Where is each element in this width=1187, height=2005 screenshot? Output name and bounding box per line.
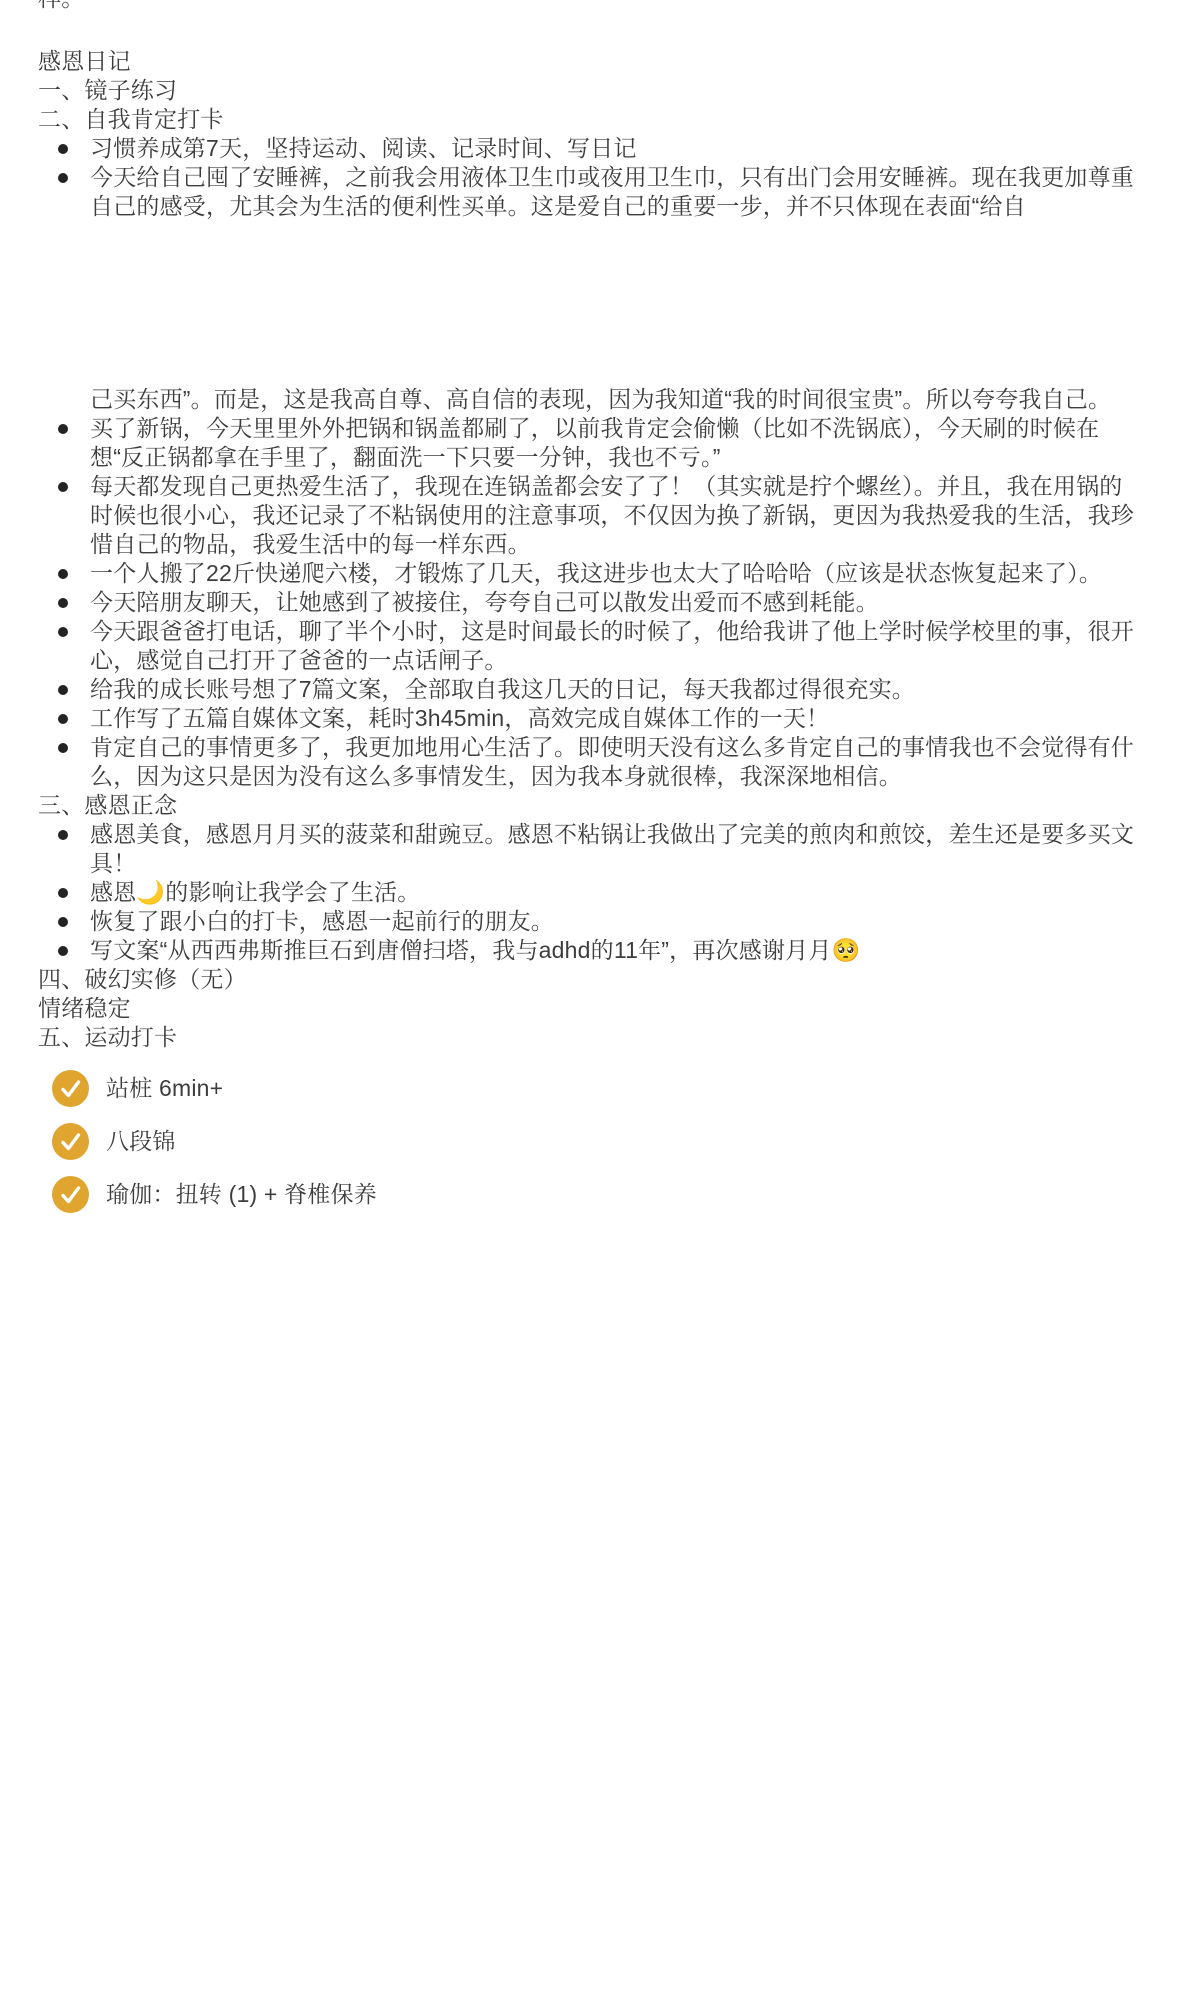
page-title: 感恩日记 [38, 47, 1145, 76]
bullet-icon [58, 685, 68, 695]
section-heading-gratitude: 三、感恩正念 [38, 791, 1145, 820]
bullet-icon [58, 714, 68, 724]
bullet-icon [58, 830, 68, 840]
list-item-text: 今天陪朋友聊天，让她感到了被接住，夸夸自己可以散发出爱而不感到耗能。 [90, 588, 1145, 617]
gratitude-list: 感恩美食，感恩月月买的菠菜和甜豌豆。感恩不粘锅让我做出了完美的煎肉和煎饺，差生还… [38, 820, 1145, 965]
bullet-icon [58, 946, 68, 956]
checked-checkbox-icon[interactable] [52, 1070, 89, 1107]
checklist-item-label: 瑜伽：扭转 (1) + 脊椎保养 [106, 1180, 377, 1209]
list-item-text: 习惯养成第7天，坚持运动、阅读、记录时间、写日记 [90, 134, 1145, 163]
list-item: 感恩美食，感恩月月买的菠菜和甜豌豆。感恩不粘锅让我做出了完美的煎肉和煎饺，差生还… [38, 820, 1145, 878]
list-item-text: 今天给自己囤了安睡裤，之前我会用液体卫生巾或夜用卫生巾，只有出门会用安睡裤。现在… [90, 163, 1145, 221]
list-item-text: 给我的成长账号想了7篇文案，全部取自我这几天的日记，每天我都过得很充实。 [90, 675, 1145, 704]
list-item: 感恩🌙的影响让我学会了生活。 [38, 878, 1145, 907]
section-heading-mirror-practice: 一、镜子练习 [38, 76, 1145, 105]
mood-note: 情绪稳定 [38, 994, 1145, 1023]
checklist-item-label: 八段锦 [106, 1127, 176, 1156]
list-item-text: 一个人搬了22斤快递爬六楼，才锻炼了几天，我这进步也太大了哈哈哈（应该是状态恢复… [90, 559, 1145, 588]
checklist-item: 站桩 6min+ [52, 1070, 1145, 1107]
bullet-icon [58, 917, 68, 927]
list-item: 工作写了五篇自媒体文案，耗时3h45min，高效完成自媒体工作的一天！ [38, 704, 1145, 733]
bullet-icon [58, 173, 68, 183]
list-item-text: 写文案“从西西弗斯推巨石到唐僧扫塔，我与adhd的11年”，再次感谢月月🥺 [90, 936, 1145, 965]
list-item-text: 工作写了五篇自媒体文案，耗时3h45min，高效完成自媒体工作的一天！ [90, 704, 1145, 733]
list-item: 今天给自己囤了安睡裤，之前我会用液体卫生巾或夜用卫生巾，只有出门会用安睡裤。现在… [38, 163, 1145, 414]
list-item: 习惯养成第7天，坚持运动、阅读、记录时间、写日记 [38, 134, 1145, 163]
list-item-text: 肯定自己的事情更多了，我更加地用心生活了。即使明天没有这么多肯定自己的事情我也不… [90, 733, 1145, 791]
list-item: 恢复了跟小白的打卡，感恩一起前行的朋友。 [38, 907, 1145, 936]
checklist-item: 八段锦 [52, 1123, 1145, 1160]
list-item: 给我的成长账号想了7篇文案，全部取自我这几天的日记，每天我都过得很充实。 [38, 675, 1145, 704]
affirmation-list: 习惯养成第7天，坚持运动、阅读、记录时间、写日记 今天给自己囤了安睡裤，之前我会… [38, 134, 1145, 791]
list-item: 一个人搬了22斤快递爬六楼，才锻炼了几天，我这进步也太大了哈哈哈（应该是状态恢复… [38, 559, 1145, 588]
checklist-item: 瑜伽：扭转 (1) + 脊椎保养 [52, 1176, 1145, 1213]
bullet-icon [58, 627, 68, 637]
list-item: 今天陪朋友聊天，让她感到了被接住，夸夸自己可以散发出爱而不感到耗能。 [38, 588, 1145, 617]
content-gap [90, 221, 1145, 385]
bullet-icon [58, 743, 68, 753]
note-document: 样。 感恩日记 一、镜子练习 二、自我肯定打卡 习惯养成第7天，坚持运动、阅读、… [0, 0, 1187, 1213]
checked-checkbox-icon[interactable] [52, 1176, 89, 1213]
list-item-text: 今天跟爸爸打电话，聊了半个小时，这是时间最长的时候了，他给我讲了他上学时候学校里… [90, 617, 1145, 675]
list-item-text: 买了新锅，今天里里外外把锅和锅盖都刷了，以前我肯定会偷懒（比如不洗锅底），今天刷… [90, 414, 1145, 472]
list-item-text: 感恩🌙的影响让我学会了生活。 [90, 878, 1145, 907]
list-item: 肯定自己的事情更多了，我更加地用心生活了。即使明天没有这么多肯定自己的事情我也不… [38, 733, 1145, 791]
list-item-text: 每天都发现自己更热爱生活了，我现在连锅盖都会安了了！（其实就是拧个螺丝）。并且，… [90, 472, 1145, 559]
list-item-text: 感恩美食，感恩月月买的菠菜和甜豌豆。感恩不粘锅让我做出了完美的煎肉和煎饺，差生还… [90, 820, 1145, 878]
section-heading-practice: 四、破幻实修（无） [38, 965, 1145, 994]
checklist-item-label: 站桩 6min+ [106, 1074, 223, 1103]
bullet-icon [58, 569, 68, 579]
bullet-icon [58, 144, 68, 154]
bullet-icon [58, 482, 68, 492]
list-item-text: 恢复了跟小白的打卡，感恩一起前行的朋友。 [90, 907, 1145, 936]
bullet-icon [58, 424, 68, 434]
list-item: 买了新锅，今天里里外外把锅和锅盖都刷了，以前我肯定会偷懒（比如不洗锅底），今天刷… [38, 414, 1145, 472]
list-item: 今天跟爸爸打电话，聊了半个小时，这是时间最长的时候了，他给我讲了他上学时候学校里… [38, 617, 1145, 675]
list-item: 写文案“从西西弗斯推巨石到唐僧扫塔，我与adhd的11年”，再次感谢月月🥺 [38, 936, 1145, 965]
bullet-icon [58, 598, 68, 608]
list-item: 每天都发现自己更热爱生活了，我现在连锅盖都会安了了！（其实就是拧个螺丝）。并且，… [38, 472, 1145, 559]
section-heading-self-affirmation: 二、自我肯定打卡 [38, 105, 1145, 134]
checked-checkbox-icon[interactable] [52, 1123, 89, 1160]
section-heading-exercise: 五、运动打卡 [38, 1023, 1145, 1052]
list-item-text-continued: 己买东西”。而是，这是我高自尊、高自信的表现，因为我知道“我的时间很宝贵”。所以… [90, 385, 1145, 414]
clipped-top-line: 样。 [38, 0, 1145, 13]
bullet-icon [58, 888, 68, 898]
